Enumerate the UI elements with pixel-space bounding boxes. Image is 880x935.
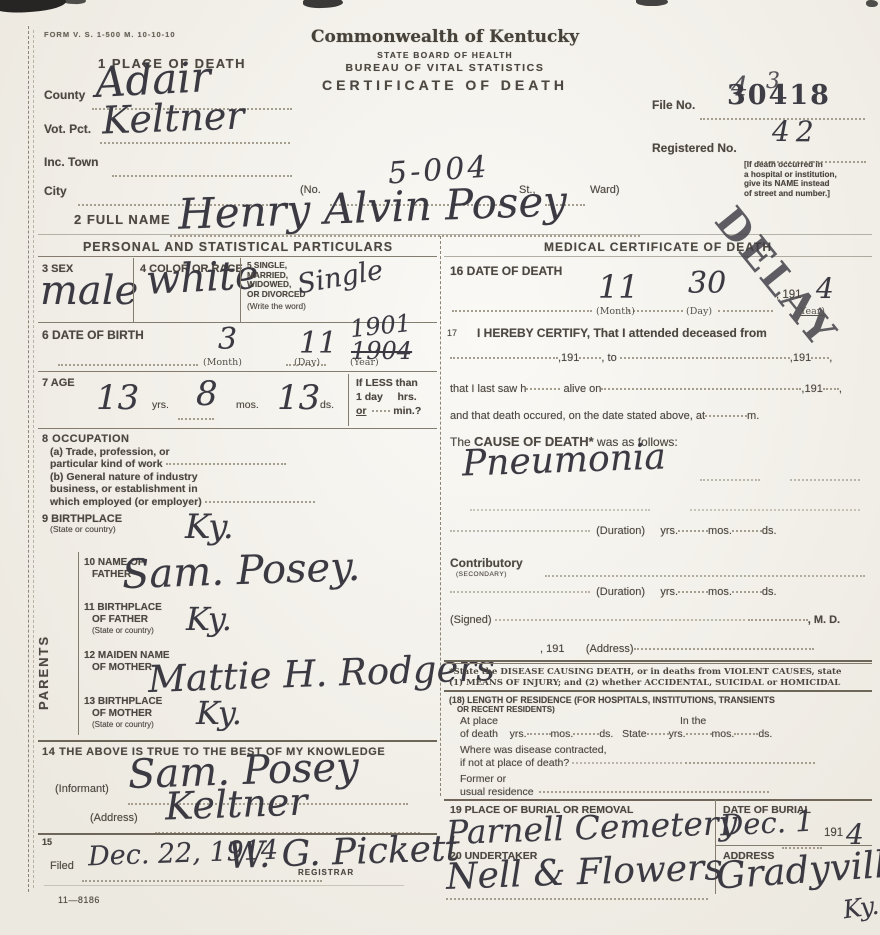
mother-name-handwriting: Mattie H. Rodgers	[147, 646, 495, 701]
res-state-ds: ds.	[758, 728, 772, 740]
medical-title-underline	[444, 256, 872, 257]
contributory-label: Contributory	[450, 556, 523, 570]
duration-ds: ds.	[762, 525, 777, 537]
scan-smudge	[866, 0, 878, 7]
former-fill	[539, 789, 769, 793]
burial-date-handwriting: Dec. 1	[719, 804, 814, 843]
res-fill	[573, 731, 599, 735]
former-text: usual residence	[460, 786, 534, 798]
cause-value-handwriting: Pneumonia	[461, 436, 666, 484]
signed-date-line: , 191 (Address)	[540, 643, 814, 655]
occupation-line: business, or establishment in	[50, 483, 315, 495]
res-fill	[686, 731, 712, 735]
age-less-min: min.?	[393, 405, 421, 417]
cause-fill-line	[790, 477, 860, 481]
scan-streak	[44, 885, 404, 886]
res-state-yrs: yrs.	[669, 728, 686, 740]
father-birthplace-note: (State or country)	[84, 625, 162, 637]
form-code: FORM V. S. 1-500 M. 10-10-10	[44, 30, 176, 39]
signed-191: , 191	[540, 643, 564, 655]
marital-note: (Write the word)	[247, 301, 306, 311]
row-divider	[38, 428, 437, 429]
knowledge-divider	[38, 740, 437, 742]
father-birthplace-label: 11 BIRTHPLACE OF FATHER (State or countr…	[84, 602, 162, 637]
occupation-line: particular kind of work	[50, 458, 315, 470]
occupation-line: which employed (or employer)	[50, 496, 315, 508]
mother-birthplace-label-line: 13 BIRTHPLACE	[84, 696, 162, 708]
signed-line: (Signed) , M. D.	[450, 614, 840, 626]
duration-line-1: (Duration) yrs.mos.ds.	[450, 525, 777, 537]
sex-color-divider	[133, 258, 134, 322]
state-label: State	[622, 728, 647, 740]
cause-fill-line	[700, 477, 760, 481]
contracted-label-2: if not at place of death?	[460, 757, 815, 769]
contributory-fill-line	[545, 573, 865, 577]
filed-label: Filed	[50, 860, 74, 872]
dod-day-handwriting: 30	[688, 266, 726, 301]
last-saw-text: that I last saw h	[450, 383, 526, 395]
age-less-or: or	[356, 405, 367, 417]
hospital-note: [If death occurred in a hospital or inst…	[744, 160, 872, 198]
dod-fill-line	[452, 308, 592, 312]
age-less-hrs: hrs.	[397, 391, 416, 403]
burial-191-printed: 191	[824, 827, 843, 839]
vot-pct-value-handwriting: Keltner	[101, 94, 245, 143]
inc-town-fill-line	[112, 173, 292, 177]
dob-month-caption: (Month)	[203, 357, 242, 368]
dob-fill-line	[58, 362, 198, 366]
certify-line2: ,191, to ,191,	[450, 352, 832, 364]
file-no-label: File No.	[652, 98, 695, 112]
informant-address-handwriting: Keltner	[164, 780, 308, 829]
res-fill	[734, 731, 758, 735]
death-occured-fill	[705, 413, 747, 417]
duration-label: (Duration)	[596, 525, 645, 537]
full-name-label: 2 FULL NAME	[74, 212, 171, 227]
cause-fill-line	[690, 507, 860, 511]
residence-values-line: of death yrs.mos.ds. Stateyrs.mos.ds.	[460, 728, 772, 740]
item-17: 17	[447, 328, 457, 338]
color-race-value-handwriting: white	[145, 252, 260, 304]
duration2-mos: mos.	[708, 586, 732, 598]
file-no-handwritten-4: 4	[731, 72, 748, 103]
mother-birthplace-label-line: OF MOTHER	[84, 708, 162, 720]
last-saw-comma: ,	[839, 383, 842, 395]
certify-191b: ,191	[790, 352, 811, 364]
filed-fill-line	[82, 878, 322, 882]
duration-yrs: yrs.	[660, 525, 678, 537]
parents-divider	[78, 552, 79, 735]
md-label: , M. D.	[808, 614, 840, 626]
dod-fill-line	[718, 308, 773, 312]
undertaker-address-ky-handwriting: Ky.	[841, 891, 880, 925]
father-birthplace-label-line: OF FATHER	[84, 614, 162, 626]
last-saw-line: that I last saw h alive on,191,	[450, 383, 842, 395]
certify-to: , to	[601, 352, 616, 364]
left-margin-rule-2	[33, 30, 34, 888]
of-death-label: of death	[460, 728, 498, 740]
medical-section-title: MEDICAL CERTIFICATE OF DEATH	[444, 240, 872, 254]
dod-month-caption: (Month)	[596, 306, 635, 317]
scan-smudge	[303, 0, 343, 9]
scan-smudge	[636, 0, 668, 6]
left-margin-rule	[28, 26, 29, 892]
age-fill-line	[178, 416, 214, 420]
duration-fill	[678, 528, 708, 532]
footnote-line: *State the DISEASE CAUSING DEATH, or in …	[449, 667, 841, 678]
age-mos-label: mos.	[236, 399, 259, 411]
scan-smudge	[0, 0, 67, 15]
registered-no-value-handwriting: 42	[772, 115, 820, 148]
age-less-fill	[372, 408, 390, 412]
state-board-subtitle: STATE BOARD OF HEALTH	[300, 50, 590, 60]
dob-day-caption: (Day)	[294, 357, 320, 368]
age-days-handwriting: 13	[277, 378, 320, 418]
signed-address-fill	[634, 646, 814, 650]
footnote-line: (1) MEANS OF INJURY; and (2) whether ACC…	[449, 678, 841, 689]
duration2-yrs: yrs.	[660, 586, 678, 598]
occupation-fill-line	[205, 499, 315, 503]
age-yrs-label: yrs.	[152, 399, 169, 411]
signed-fill	[495, 617, 745, 621]
last-saw-fill2	[823, 386, 839, 390]
occupation-lines: (a) Trade, profession, or particular kin…	[50, 446, 315, 508]
dod-year-printed: , 191	[776, 289, 802, 301]
duration2-fill	[678, 589, 708, 593]
occupation-fill-line	[166, 461, 286, 465]
birthplace-value-handwriting: Ky.	[185, 507, 234, 547]
sex-value-handwriting: male	[40, 268, 138, 314]
hospital-note-line: [If death occurred in	[744, 160, 872, 170]
dod-year-handwriting: 4	[816, 272, 834, 305]
inc-town-label: Inc. Town	[44, 155, 98, 169]
informant-address-label: (Address)	[90, 812, 138, 824]
res-mos: mos.	[551, 728, 574, 740]
father-birthplace-handwriting: Ky.	[186, 600, 232, 638]
duration-fill	[450, 528, 590, 532]
row-divider	[38, 371, 437, 372]
dod-year-caption: Year)	[800, 306, 825, 317]
duration-line-2: (Duration) yrs.mos.ds.	[450, 586, 777, 598]
father-birthplace-label-line: 11 BIRTHPLACE	[84, 602, 162, 614]
duration2-fill	[732, 589, 762, 593]
res-fill	[527, 731, 551, 735]
signed-address-label: (Address)	[586, 643, 634, 655]
burial-rule-top	[444, 799, 872, 801]
registrar-label: REGISTRAR	[298, 868, 354, 877]
file-no-handwritten-3: 3	[766, 69, 780, 94]
occupation-line: (b) General nature of industry	[50, 471, 315, 483]
commonwealth-title: Commonwealth of Kentucky	[300, 27, 590, 47]
print-code: 11—8186	[58, 895, 100, 905]
certify-comma: ,	[829, 352, 832, 364]
certify-191a: ,191	[558, 352, 579, 364]
age-less-line3: or min.?	[356, 405, 421, 417]
occupation-label: 8 OCCUPATION	[42, 433, 130, 445]
former-label-2: usual residence	[460, 786, 769, 798]
duration2-ds: ds.	[762, 586, 777, 598]
column-divider	[440, 236, 441, 796]
certificate-title: CERTIFICATE OF DEATH	[300, 77, 590, 93]
signed-fill2	[748, 617, 808, 621]
res-fill	[647, 731, 669, 735]
footnote-rule-bottom	[444, 690, 872, 692]
age-years-handwriting: 13	[96, 378, 139, 418]
age-less-line2: 1 day hrs.	[356, 391, 417, 403]
bureau-subtitle: BUREAU OF VITAL STATISTICS	[300, 62, 590, 74]
dob-label: 6 DATE OF BIRTH	[42, 328, 144, 342]
duration2-label: (Duration)	[596, 586, 645, 598]
duration2-fill	[450, 589, 590, 593]
undertaker-fill-line	[446, 896, 708, 900]
death-certificate-scan: FORM V. S. 1-500 M. 10-10-10 Commonwealt…	[0, 0, 880, 935]
footnote-rule-top	[444, 660, 872, 662]
contracted-text: if not at place of death?	[460, 757, 569, 769]
certify-fill	[450, 355, 558, 359]
personal-section-title: PERSONAL AND STATISTICAL PARTICULARS	[38, 240, 438, 254]
hospital-note-line: of street and number.]	[744, 189, 872, 199]
duration-mos: mos.	[708, 525, 732, 537]
certify-fill	[579, 355, 601, 359]
parents-label: PARENTS	[36, 580, 51, 710]
duration-fill	[732, 528, 762, 532]
occupation-line-text: which employed (or employer)	[50, 496, 202, 508]
res-yrs: yrs.	[510, 728, 527, 740]
birthplace-state-note: (State or country)	[50, 524, 116, 534]
cause-fill-line	[470, 507, 650, 511]
color-marital-divider	[240, 258, 241, 322]
mother-birthplace-label: 13 BIRTHPLACE OF MOTHER (State or countr…	[84, 696, 162, 731]
dob-year-caption: (Year)	[350, 357, 379, 368]
hospital-note-line: give its NAME instead	[744, 179, 872, 189]
alive-on-text: alive on	[564, 383, 602, 395]
registered-no-label: Registered No.	[652, 141, 737, 155]
residence-label-1: (18) LENGTH OF RESIDENCE (FOR HOSPITALS,…	[449, 695, 775, 705]
marital-value-handwriting: Single	[295, 255, 385, 301]
mother-birthplace-handwriting: Ky.	[196, 694, 242, 732]
death-occured-line: and that death occured, on the date stat…	[450, 410, 759, 422]
age-less-1day: 1 day	[356, 391, 383, 403]
footnote: *State the DISEASE CAUSING DEATH, or in …	[449, 667, 841, 688]
footnote-rule-top2	[444, 663, 872, 664]
signed-label: (Signed)	[450, 614, 492, 626]
certify-fill	[811, 355, 829, 359]
hospital-note-line: a hospital or institution,	[744, 170, 872, 180]
age-divider	[348, 374, 349, 426]
city-label: City	[44, 184, 67, 198]
contracted-fill	[572, 760, 682, 764]
age-label: 7 AGE	[42, 377, 75, 389]
contracted-fill2	[685, 760, 815, 764]
res-ds: ds.	[599, 728, 613, 740]
former-label-1: Former or	[460, 773, 506, 785]
dod-day-caption: (Day)	[686, 306, 712, 317]
city-ward-label: Ward)	[590, 184, 620, 196]
county-label: County	[44, 88, 85, 102]
age-months-handwriting: 8	[196, 374, 218, 414]
mother-birthplace-note: (State or country)	[84, 719, 162, 731]
dod-month-handwriting: 11	[598, 268, 639, 306]
in-the-label-1: In the	[680, 715, 706, 727]
occupation-line: (a) Trade, profession, or	[50, 446, 315, 458]
father-name-handwriting: Sam. Posey.	[121, 544, 361, 598]
vot-pct-label: Vot. Pct.	[44, 122, 91, 136]
contracted-label-1: Where was disease contracted,	[460, 744, 607, 756]
death-occured-text: and that death occured, on the date stat…	[450, 410, 705, 422]
last-saw-fill	[526, 386, 560, 390]
dob-month-handwriting: 3	[218, 322, 237, 357]
dod-fill-line	[628, 308, 683, 312]
residence-label-2: OR RECENT RESIDENTS)	[457, 705, 555, 714]
certify-fill	[620, 355, 790, 359]
last-saw-191: ,191	[801, 383, 822, 395]
secondary-label: (SECONDARY)	[456, 571, 507, 578]
at-place-label-1: At place	[460, 715, 498, 727]
date-of-death-label: 16 DATE OF DEATH	[450, 264, 562, 278]
age-less-line1: If LESS than	[356, 377, 418, 389]
age-ds-label: ds.	[320, 399, 334, 411]
death-occured-m: m.	[747, 410, 759, 422]
alive-on-fill	[601, 386, 801, 390]
item-15: 15	[42, 837, 52, 847]
certify-text: I HEREBY CERTIFY, That I attended deceas…	[477, 326, 767, 340]
marital-label-line: OR DIVORCED	[247, 290, 306, 300]
informant-label: (Informant)	[55, 783, 109, 795]
res-state-mos: mos.	[712, 728, 735, 740]
occupation-line-text: particular kind of work	[50, 458, 163, 470]
